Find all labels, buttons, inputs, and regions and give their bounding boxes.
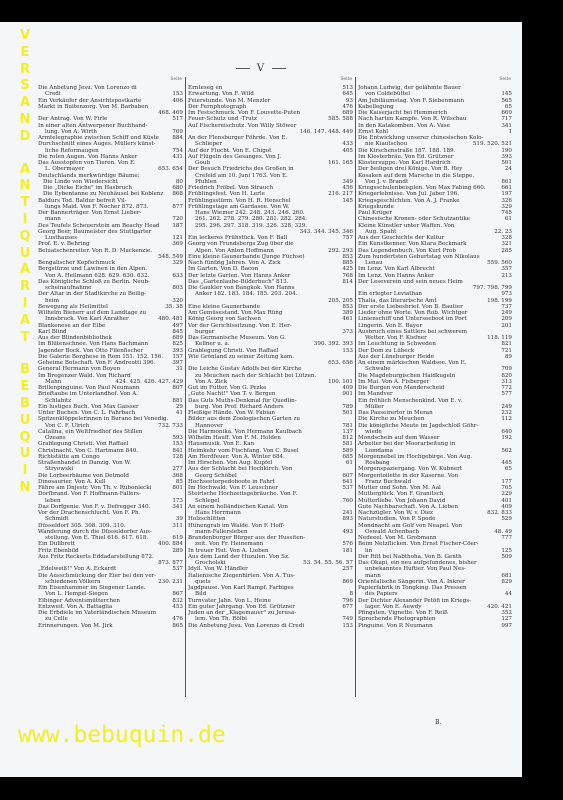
watermark-letter: U <box>20 446 31 463</box>
index-columns: Seite Die Anbetung Jesu. Von Lorenzo diC… <box>36 77 516 697</box>
index-entry: Pinguine. Von P. Neumann997 <box>358 623 512 629</box>
ornament-dash-right <box>272 68 286 69</box>
watermark-letter: I <box>23 212 28 229</box>
watermark-vertical-text: VERSANDANTIQUARIATBEBUQUIN <box>18 28 32 497</box>
watermark-letter: Q <box>19 430 30 447</box>
watermark-letter: A <box>20 162 30 179</box>
entry-list: Johann Ludwig, der gelähmte Bauervon Col… <box>358 85 512 629</box>
watermark-letter: A <box>20 313 30 330</box>
entry-title: Die Anbetung Jesu. Von Lorenzo di Credi <box>188 623 340 629</box>
column-header-seite: Seite <box>188 77 353 85</box>
watermark-letter: T <box>21 195 30 212</box>
watermark-letter: E <box>21 379 30 396</box>
index-column-3: Seite Johann Ludwig, der gelähmte Bauerv… <box>356 77 514 697</box>
watermark-letter: R <box>20 279 30 296</box>
watermark-url: www.bebuquin.de <box>18 722 226 748</box>
watermark-letter: B <box>20 362 30 379</box>
index-entry: Die Anbetung Jesu. Von Lorenzo di Credi1… <box>188 623 353 629</box>
watermark-letter: U <box>20 246 31 263</box>
watermark-letter: I <box>23 296 28 313</box>
entry-page-number: 153 <box>340 623 353 629</box>
entry-title: Erinnerungen. Von M. Jirk <box>38 623 170 629</box>
watermark-letter: R <box>20 62 30 79</box>
watermark-letter: D <box>20 129 31 146</box>
watermark-letter: B <box>20 396 30 413</box>
column-header-seite: Seite <box>358 77 512 85</box>
entry-list: Die Anbetung Jesu. Von Lorenzo diCredi15… <box>38 85 183 629</box>
watermark-letter: S <box>20 78 29 95</box>
watermark-letter: E <box>21 45 30 62</box>
watermark-letter: N <box>20 112 31 129</box>
entry-title: Pinguine. Von P. Neumann <box>358 623 499 629</box>
index-column-1: Seite Die Anbetung Jesu. Von Lorenzo diC… <box>36 77 186 697</box>
watermark-letter: I <box>23 463 28 480</box>
index-column-2: Seite Ernteseg en513Erwartung. Von F. Wi… <box>186 77 356 697</box>
watermark-letter: T <box>21 330 30 347</box>
entry-page-number: 865 <box>170 623 183 629</box>
watermark-letter: Q <box>19 229 30 246</box>
watermark-letter: A <box>20 95 30 112</box>
watermark-letter: V <box>20 28 30 45</box>
page-number: V <box>257 63 265 74</box>
watermark-letter: A <box>20 262 30 279</box>
watermark-letter: U <box>20 413 31 430</box>
scanned-index-page: V Seite Die Anbetung Jesu. Von Lorenzo d… <box>0 22 522 777</box>
watermark-letter: N <box>20 178 31 195</box>
entry-page-number: 997 <box>499 623 512 629</box>
ornament-dash-left <box>236 68 250 69</box>
column-header-seite: Seite <box>38 77 183 85</box>
footer-signature-mark: B. <box>435 719 441 726</box>
entry-list: Ernteseg en513Erwartung. Von F. Wild645F… <box>188 85 353 629</box>
index-entry: Erinnerungen. Von M. Jirk865 <box>38 623 183 629</box>
watermark-letter: N <box>20 480 31 497</box>
page-number-header: V <box>0 63 522 74</box>
